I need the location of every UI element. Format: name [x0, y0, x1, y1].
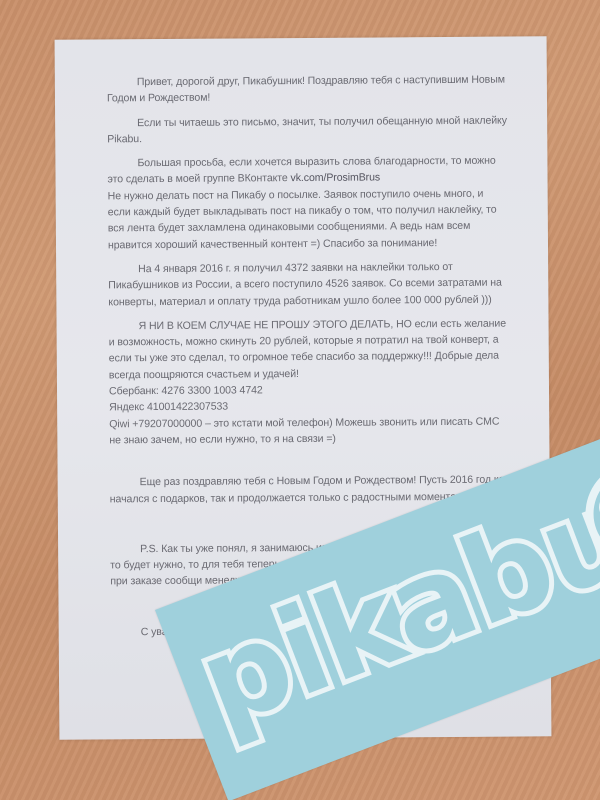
letter-greeting: Привет, дорогой друг, Пикабушник! Поздра…	[107, 72, 507, 107]
letter-paragraph: Я НИ В КОЕМ СЛУЧАЕ НЕ ПРОШУ ЭТОГО ДЕЛАТЬ…	[109, 315, 509, 383]
letter-paragraph: Большая просьба, если хочется выразить с…	[107, 153, 507, 188]
letter-paragraph: Если ты читаешь это письмо, значит, ты п…	[107, 112, 507, 147]
letter-paragraph: Не нужно делать пост на Пикабу о посылке…	[108, 185, 508, 253]
letter-paragraph: На 4 января 2016 г. я получил 4372 заявк…	[108, 259, 508, 311]
vk-link: vk.com/ProsimBrus	[290, 172, 380, 185]
payment-qiwi: Qiwi +79207000000 – это кстати мой телеф…	[109, 413, 509, 448]
